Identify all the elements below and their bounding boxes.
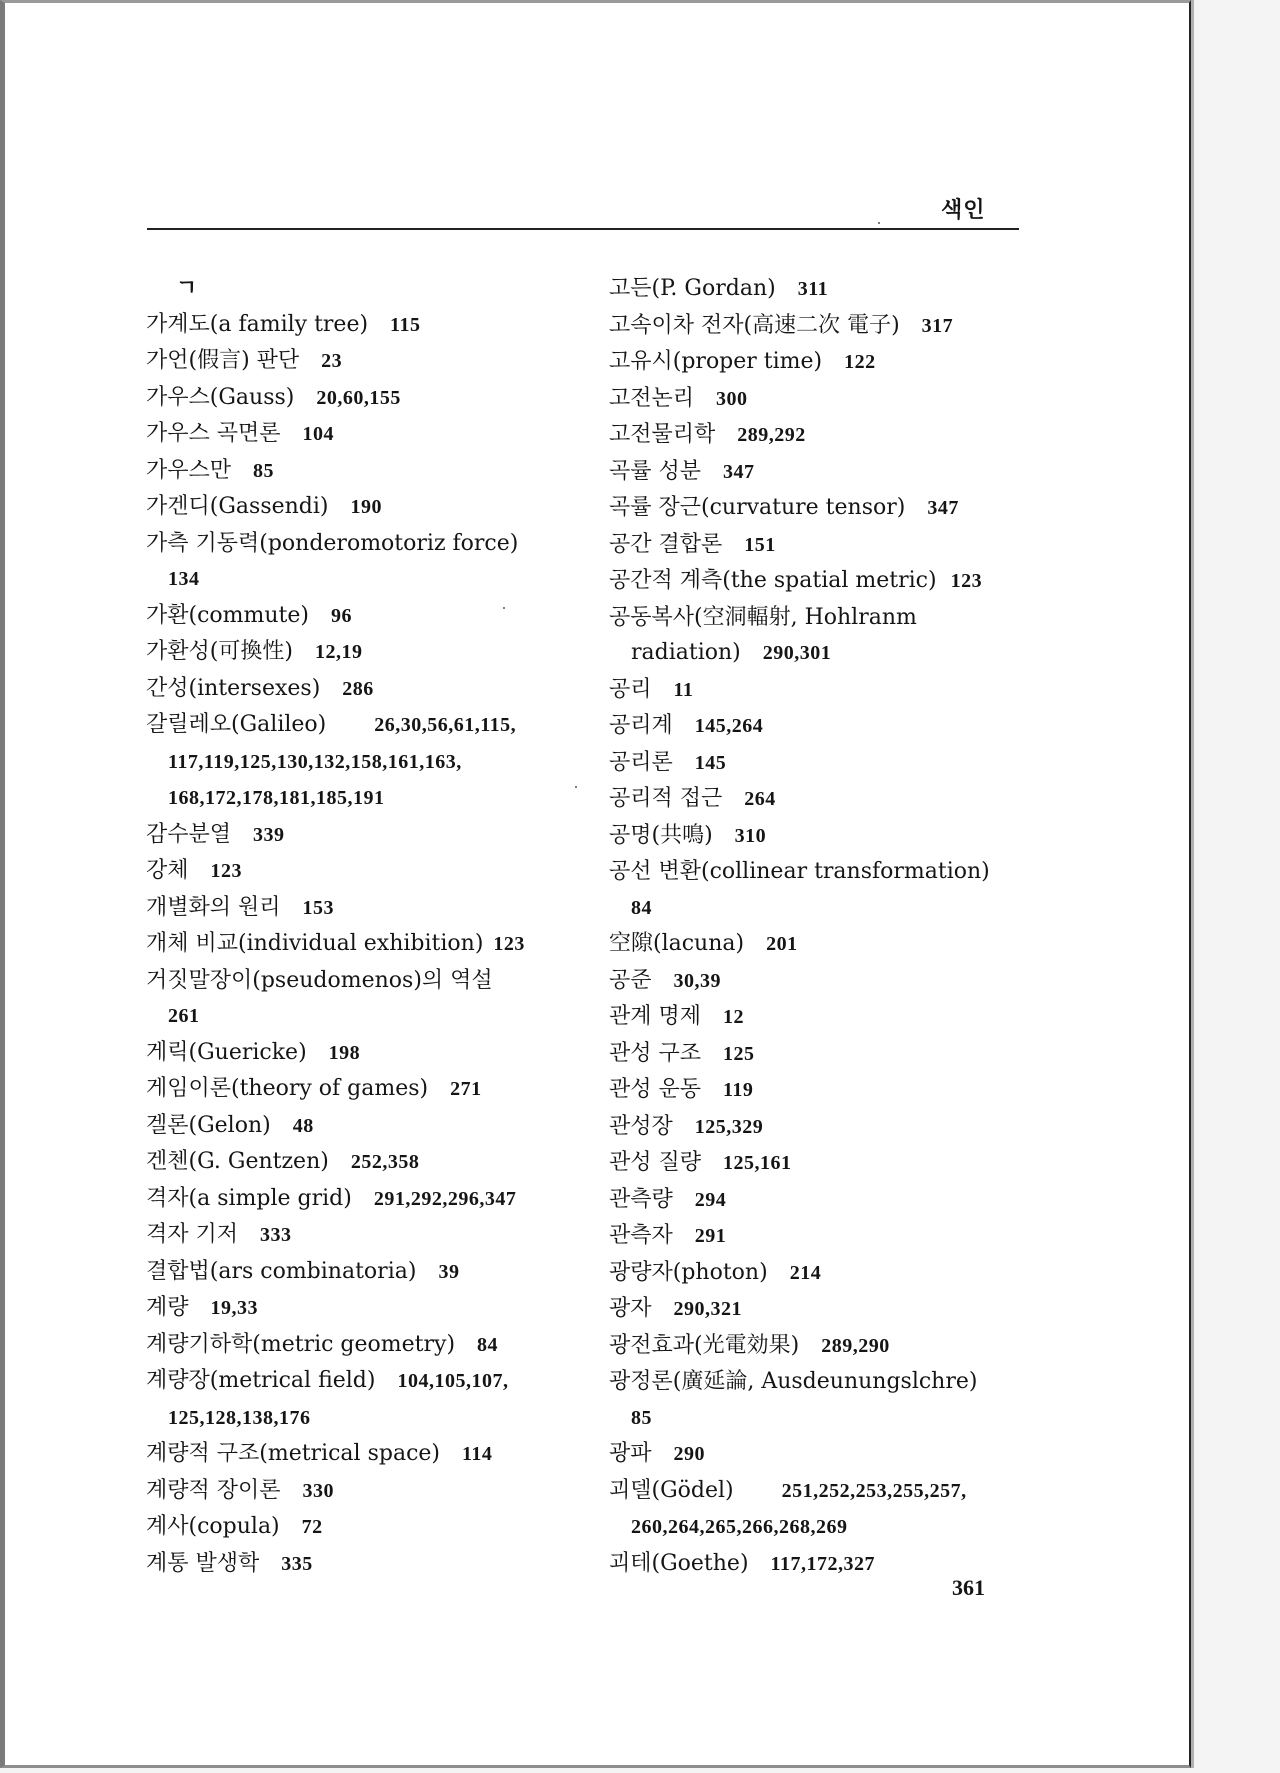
- index-entry: 가환(commute)96: [146, 598, 576, 635]
- page-refs: 291,292,296,347: [374, 1188, 517, 1210]
- page-refs: 12: [723, 1006, 744, 1028]
- page-refs: 339: [253, 824, 285, 846]
- page-refs: 290,301: [763, 642, 832, 664]
- page-refs: 19,33: [211, 1297, 259, 1319]
- index-term: 관성장: [609, 1114, 673, 1139]
- index-entry: 게릭(Guericke)198: [146, 1035, 576, 1072]
- page-refs: 264: [744, 788, 776, 810]
- index-term: 계량적 구조(metrical space): [146, 1441, 440, 1466]
- index-term: 고속이차 전자(高速二次 電子): [609, 313, 900, 338]
- index-entry: 겐첸(G. Gentzen)252,358: [146, 1144, 576, 1181]
- page-refs: 26,30,56,61,115,: [374, 714, 516, 736]
- page-refs: 214: [790, 1262, 822, 1284]
- index-term: 고유시(proper time): [609, 349, 822, 374]
- index-entry: 광전효과(光電効果)289,290: [609, 1328, 1049, 1365]
- index-entry: 결합법(ars combinatoria)39: [146, 1254, 576, 1291]
- index-entry: 광파290: [609, 1436, 1049, 1473]
- index-term: 괴델(Gödel): [609, 1478, 734, 1503]
- index-entry: 곡률 성분347: [609, 454, 1049, 491]
- index-entry: 개체 비교(individual exhibition)123: [146, 926, 576, 963]
- index-entry: 격자(a simple grid)291,292,296,347: [146, 1181, 576, 1218]
- index-term: 광파: [609, 1441, 652, 1466]
- index-term: 공리: [609, 677, 652, 702]
- page-refs: 198: [329, 1042, 361, 1064]
- page-refs: 72: [302, 1516, 323, 1538]
- index-entry: 공준30,39: [609, 963, 1049, 1000]
- index-term: 괴테(Goethe): [609, 1551, 749, 1576]
- page-refs: 39: [438, 1261, 459, 1283]
- index-term: 광자: [609, 1296, 652, 1321]
- index-entry: 계량기하학(metric geometry)84: [146, 1327, 576, 1364]
- index-term: 공간적 계측(the spatial metric): [609, 568, 937, 593]
- index-term: 관계 명제: [609, 1004, 701, 1029]
- page-refs: 115: [390, 314, 420, 336]
- page-refs: 290: [674, 1443, 706, 1465]
- index-term: 공선 변환(collinear transformation): [609, 859, 990, 884]
- index-column-left: ㄱ 가계도(a family tree)115 가언(假言) 판단23 가우스(…: [146, 271, 576, 1582]
- page-refs: 104: [303, 423, 335, 445]
- index-entry: 고전물리학289,292: [609, 417, 1049, 454]
- entry-continuation: 84: [609, 890, 1049, 927]
- index-term: 계량: [146, 1295, 189, 1320]
- index-entry: 가우스(Gauss)20,60,155: [146, 380, 576, 417]
- entry-continuation: 125,128,138,176: [146, 1400, 576, 1437]
- page-refs: 151: [744, 534, 776, 556]
- index-term: 고든(P. Gordan): [609, 276, 776, 301]
- index-entry: 관성 구조125: [609, 1036, 1049, 1073]
- entry-continuation: 134: [146, 561, 576, 598]
- index-entry: 가우스만85: [146, 453, 576, 490]
- index-entry: 공리계145,264: [609, 708, 1049, 745]
- page-refs: 12,19: [315, 641, 363, 663]
- index-entry: 가우스 곡면론104: [146, 416, 576, 453]
- entry-continuation: radiation)290,301: [609, 635, 1049, 672]
- scan-speck: [878, 222, 880, 224]
- page-refs: 48: [293, 1115, 314, 1137]
- page-refs: 168,172,178,181,185,191: [168, 787, 385, 809]
- page-refs: 347: [927, 497, 959, 519]
- index-term: 관측자: [609, 1223, 673, 1248]
- page-refs: 289,292: [737, 424, 806, 446]
- index-term: 가우스(Gauss): [146, 385, 294, 410]
- index-term: 거짓말장이(pseudomenos)의 역설: [146, 968, 493, 993]
- page-refs: 294: [695, 1189, 727, 1211]
- page-refs: 153: [303, 897, 335, 919]
- index-entry: 공리론145: [609, 745, 1049, 782]
- index-entry: 고든(P. Gordan)311: [609, 271, 1049, 308]
- page-refs: 330: [303, 1480, 335, 1502]
- page-refs: 30,39: [674, 970, 722, 992]
- book-page: 색인 ㄱ 가계도(a family tree)115 가언(假言) 판단23 가…: [0, 0, 1191, 1768]
- index-entry: 계량장(metrical field)104,105,107,125,128,1…: [146, 1363, 576, 1436]
- index-term: 고전논리: [609, 386, 694, 411]
- index-term: 가언(假言) 판단: [146, 348, 299, 373]
- index-term: 갈릴레오(Galileo): [146, 712, 326, 737]
- page-refs: 85: [253, 460, 274, 482]
- entry-continuation: 85: [609, 1400, 1049, 1437]
- index-term: 공리적 접근: [609, 786, 722, 811]
- index-entry: 空隙(lacuna)201: [609, 926, 1049, 963]
- page-refs: 251,252,253,255,257,: [782, 1480, 967, 1502]
- page-refs: 104,105,107,: [397, 1370, 508, 1392]
- page-refs: 311: [798, 278, 828, 300]
- index-entry: 공동복사(空洞輻射, Hohlranmradiation)290,301: [609, 600, 1049, 672]
- page-refs: 347: [723, 461, 755, 483]
- page-refs: 125,161: [723, 1152, 792, 1174]
- index-term: 간성(intersexes): [146, 676, 320, 701]
- index-term: 고전물리학: [609, 422, 715, 447]
- index-entry: 광정론(廣延論, Ausdeunungslchre)85: [609, 1364, 1049, 1436]
- index-term: 계사(copula): [146, 1514, 280, 1539]
- page-refs: 260,264,265,266,268,269: [631, 1516, 848, 1538]
- index-entry: 게임이론(theory of games)271: [146, 1071, 576, 1108]
- entry-continuation: 260,264,265,266,268,269: [609, 1509, 1049, 1546]
- index-entry: 가계도(a family tree)115: [146, 307, 576, 344]
- index-term: 계량적 장이론: [146, 1478, 281, 1503]
- page-refs: 84: [631, 897, 652, 919]
- index-column-right: 고든(P. Gordan)311 고속이차 전자(高速二次 電子)317 고유시…: [609, 271, 1049, 1582]
- index-term: 가겐디(Gassendi): [146, 494, 329, 519]
- index-entry: 격자 기저333: [146, 1217, 576, 1254]
- index-entry: 가측 기동력(ponderomotoriz force)134: [146, 526, 576, 598]
- page-refs: 286: [342, 678, 374, 700]
- page-refs: 117,172,327: [771, 1553, 875, 1575]
- index-entry: 가겐디(Gassendi)190: [146, 489, 576, 526]
- index-entry: 고전논리300: [609, 381, 1049, 418]
- index-entry: 개별화의 원리153: [146, 890, 576, 927]
- section-letter: ㄱ: [146, 271, 576, 307]
- index-entry: 관계 명제12: [609, 999, 1049, 1036]
- index-term: 가환(commute): [146, 603, 309, 628]
- index-entry: 광자290,321: [609, 1291, 1049, 1328]
- page-refs: 85: [631, 1407, 652, 1429]
- page-refs: 289,290: [821, 1335, 890, 1357]
- page-refs: 23: [321, 350, 342, 372]
- page-refs: 190: [351, 496, 383, 518]
- index-term: 가우스만: [146, 458, 231, 483]
- index-term: 광전효과(光電効果): [609, 1333, 799, 1358]
- index-term: 공명(共鳴): [609, 823, 713, 848]
- index-term: 가측 기동력(ponderomotoriz force): [146, 531, 518, 556]
- index-term: 개별화의 원리: [146, 895, 281, 920]
- index-entry: 관성 질량125,161: [609, 1145, 1049, 1182]
- index-entry: 공명(共鳴)310: [609, 818, 1049, 855]
- page-refs: 117,119,125,130,132,158,161,163,: [168, 751, 462, 773]
- index-entry: 간성(intersexes)286: [146, 671, 576, 708]
- page-refs: 290,321: [674, 1298, 743, 1320]
- page-refs: 145,264: [695, 715, 764, 737]
- index-term: 광량자(photon): [609, 1260, 768, 1285]
- index-entry: 가환성(可換性)12,19: [146, 634, 576, 671]
- index-term: 공동복사(空洞輻射, Hohlranm: [609, 605, 917, 630]
- index-term: 게릭(Guericke): [146, 1040, 307, 1065]
- index-term: 계량장(metrical field): [146, 1368, 375, 1393]
- page-refs: 310: [735, 825, 767, 847]
- index-entry: 공간적 계측(the spatial metric)123: [609, 563, 1049, 600]
- index-entry: 계량적 장이론330: [146, 1473, 576, 1510]
- index-term: 결합법(ars combinatoria): [146, 1259, 416, 1284]
- index-entry: 괴델(Gödel)251,252,253,255,257,260,264,265…: [609, 1473, 1049, 1546]
- page-refs: 125,128,138,176: [168, 1407, 311, 1429]
- page-number: 361: [952, 1575, 985, 1601]
- index-entry: 공리11: [609, 672, 1049, 709]
- entry-continuation: 261: [146, 998, 576, 1035]
- page-refs: 119: [723, 1079, 753, 1101]
- page-refs: 11: [674, 679, 694, 701]
- index-entry: 공간 결합론151: [609, 527, 1049, 564]
- page-refs: 252,358: [351, 1151, 420, 1173]
- index-term: 공리계: [609, 713, 673, 738]
- page-refs: 123: [493, 933, 525, 955]
- index-entry: 강체123: [146, 853, 576, 890]
- index-entry: 관측자291: [609, 1218, 1049, 1255]
- index-term: 곡률 장근(curvature tensor): [609, 495, 905, 520]
- page-refs: 271: [450, 1078, 482, 1100]
- index-term: 空隙(lacuna): [609, 931, 744, 956]
- index-term: 계량기하학(metric geometry): [146, 1332, 455, 1357]
- index-term: 겔론(Gelon): [146, 1113, 271, 1138]
- index-entry: 계량19,33: [146, 1290, 576, 1327]
- index-entry: 가언(假言) 판단23: [146, 343, 576, 380]
- page-refs: 134: [168, 568, 200, 590]
- page-refs: 123: [211, 860, 243, 882]
- index-term: 곡률 성분: [609, 459, 701, 484]
- page-refs: 317: [922, 315, 954, 337]
- index-term: 격자 기저: [146, 1222, 238, 1247]
- page-refs: 145: [695, 752, 727, 774]
- index-term: 공간 결합론: [609, 532, 722, 557]
- page-refs: 125: [723, 1043, 755, 1065]
- index-entry: 계통 발생학335: [146, 1546, 576, 1583]
- index-term: 겐첸(G. Gentzen): [146, 1149, 329, 1174]
- page-refs: 125,329: [695, 1116, 764, 1138]
- index-term: 개체 비교(individual exhibition): [146, 931, 483, 956]
- page-refs: 300: [716, 388, 748, 410]
- index-entry: 감수분열339: [146, 817, 576, 854]
- index-term: 관측량: [609, 1187, 673, 1212]
- index-term: 격자(a simple grid): [146, 1186, 352, 1211]
- page-refs: 333: [260, 1224, 292, 1246]
- page-refs: 122: [844, 351, 876, 373]
- entry-continuation: 117,119,125,130,132,158,161,163,: [146, 744, 576, 781]
- page-refs: 20,60,155: [316, 387, 401, 409]
- page-refs: 335: [281, 1553, 313, 1575]
- index-term-continuation: radiation): [631, 640, 741, 665]
- index-entry: 고유시(proper time)122: [609, 344, 1049, 381]
- index-term: 게임이론(theory of games): [146, 1076, 428, 1101]
- index-entry: 거짓말장이(pseudomenos)의 역설261: [146, 963, 576, 1035]
- index-term: 관성 구조: [609, 1041, 701, 1066]
- page-refs: 201: [766, 933, 798, 955]
- index-term: 광정론(廣延論, Ausdeunungslchre): [609, 1369, 977, 1394]
- index-term: 가우스 곡면론: [146, 421, 281, 446]
- header-rule: [147, 228, 1019, 230]
- index-entry: 공선 변환(collinear transformation)84: [609, 854, 1049, 926]
- index-entry: 광량자(photon)214: [609, 1255, 1049, 1292]
- index-term: 가계도(a family tree): [146, 312, 368, 337]
- page-refs: 114: [462, 1443, 492, 1465]
- index-entry: 계량적 구조(metrical space)114: [146, 1436, 576, 1473]
- index-term: 관성 운동: [609, 1077, 701, 1102]
- index-entry: 갈릴레오(Galileo)26,30,56,61,115,117,119,125…: [146, 707, 576, 817]
- index-entry: 겔론(Gelon)48: [146, 1108, 576, 1145]
- index-entry: 고속이차 전자(高速二次 電子)317: [609, 308, 1049, 345]
- index-term: 강체: [146, 858, 189, 883]
- index-term: 계통 발생학: [146, 1551, 259, 1576]
- index-entry: 계사(copula)72: [146, 1509, 576, 1546]
- page-refs: 96: [331, 605, 352, 627]
- page-refs: 261: [168, 1005, 200, 1027]
- index-term: 관성 질량: [609, 1150, 701, 1175]
- index-entry: 곡률 장근(curvature tensor)347: [609, 490, 1049, 527]
- index-entry: 관성 운동119: [609, 1072, 1049, 1109]
- index-term: 가환성(可換性): [146, 639, 293, 664]
- index-term: 공리론: [609, 750, 673, 775]
- entry-continuation: 168,172,178,181,185,191: [146, 780, 576, 817]
- index-entry: 관측량294: [609, 1182, 1049, 1219]
- page-refs: 84: [477, 1334, 498, 1356]
- page-refs: 291: [695, 1225, 727, 1247]
- page-refs: 123: [951, 570, 983, 592]
- index-term: 공준: [609, 968, 652, 993]
- index-entry: 공리적 접근264: [609, 781, 1049, 818]
- running-head: 색인: [941, 193, 986, 224]
- index-term: 감수분열: [146, 822, 231, 847]
- index-entry: 관성장125,329: [609, 1109, 1049, 1146]
